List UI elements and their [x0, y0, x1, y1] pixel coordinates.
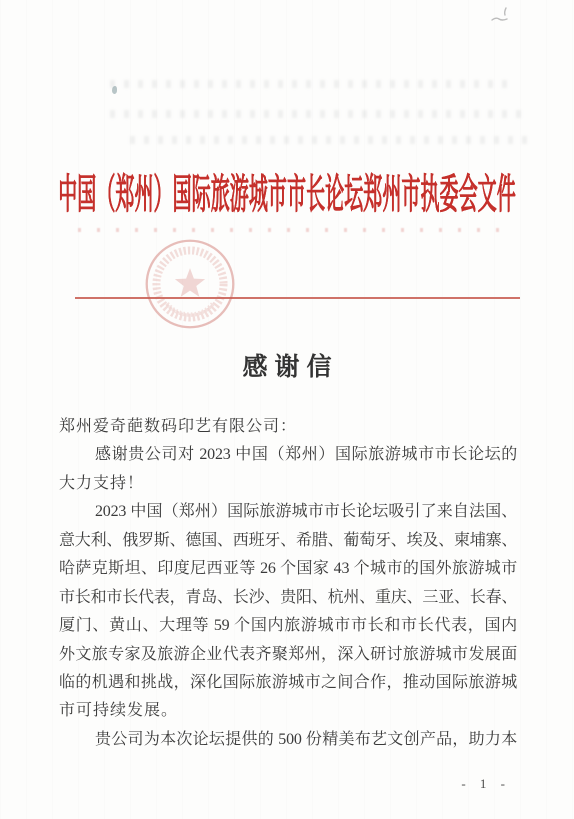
- page-number: - 1 -: [461, 776, 508, 792]
- pen-squiggle-artifact: [486, 6, 512, 28]
- bleed-through-artifact: [130, 136, 530, 144]
- body-line: 2023 中国（郑州）国际旅游城市市长论坛吸引了来自法国、: [59, 498, 517, 526]
- official-seal-icon: [137, 231, 243, 337]
- document-heading: 感谢信: [0, 347, 574, 383]
- letterhead-title: 中国（郑州）国际旅游城市市长论坛郑州市执委会文件: [0, 171, 574, 217]
- body-text: 郑州爱奇葩数码印艺有限公司：感谢贵公司对 2023 中国（郑州）国际旅游城市市长…: [59, 413, 517, 754]
- body-line: 郑州爱奇葩数码印艺有限公司：: [59, 413, 517, 441]
- bleed-through-artifact: [110, 80, 510, 88]
- scanned-letter-page: 中国（郑州）国际旅游城市市长论坛郑州市执委会文件 感谢信 郑州爱奇葩数码印艺有限…: [0, 0, 574, 819]
- ink-speck-artifact: [112, 86, 117, 94]
- body-line: 意大利、俄罗斯、德国、西班牙、希腊、葡萄牙、埃及、柬埔寨、: [59, 527, 517, 555]
- body-line: 厦门、黄山、大理等 59 个国内旅游城市市长和市长代表，国内: [59, 612, 517, 640]
- body-line: 市可持续发展。: [59, 697, 517, 725]
- body-line: 市长和市长代表，青岛、长沙、贵阳、杭州、重庆、三亚、长春、: [59, 584, 517, 612]
- body-line: 外文旅专家及旅游企业代表齐聚郑州，深入研讨旅游城市发展面: [59, 641, 517, 669]
- bleed-through-artifact: [110, 110, 530, 118]
- body-line: 临的机遇和挑战，深化国际旅游城市之间合作，推动国际旅游城: [59, 669, 517, 697]
- body-line: 感谢贵公司对 2023 中国（郑州）国际旅游城市市长论坛的: [59, 441, 517, 469]
- letterhead-title-text: 中国（郑州）国际旅游城市市长论坛郑州市执委会文件: [58, 171, 516, 217]
- body-line: 哈萨克斯坦、印度尼西亚等 26 个国家 43 个城市的国外旅游城市: [59, 555, 517, 583]
- body-line: 贵公司为本次论坛提供的 500 份精美布艺文创产品，助力本: [59, 726, 517, 754]
- star-icon: [175, 268, 205, 297]
- body-line: 大力支持！: [59, 470, 517, 498]
